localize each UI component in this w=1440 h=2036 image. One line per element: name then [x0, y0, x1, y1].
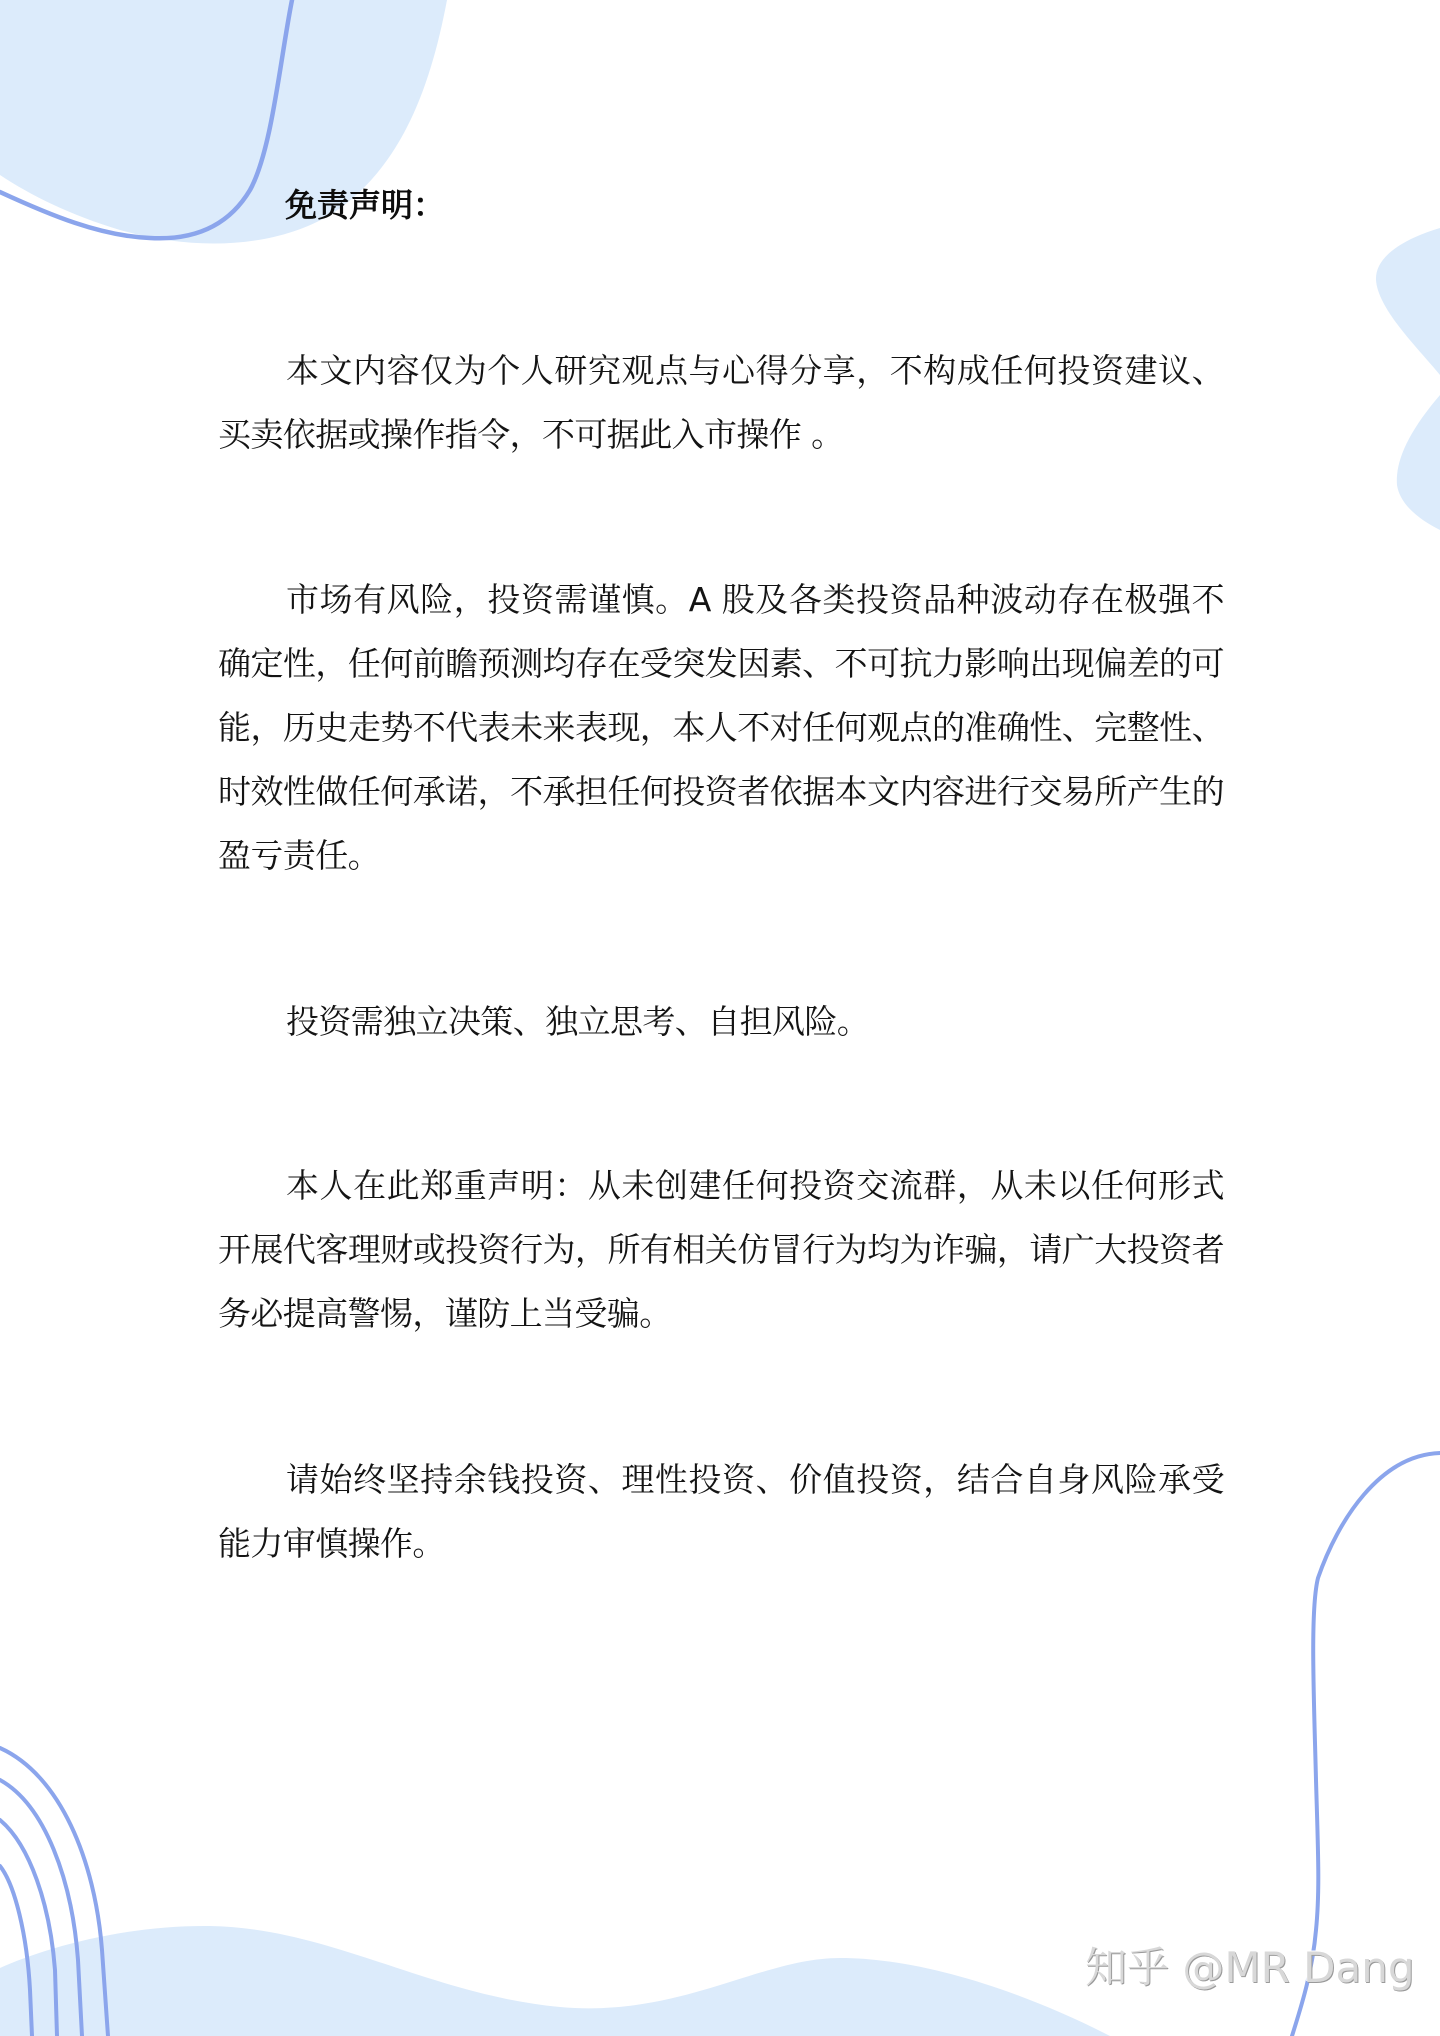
zhihu-watermark: 知乎 @MR Dang: [1085, 1940, 1414, 1996]
document-title: 免责声明：: [285, 183, 445, 227]
bottom-left-arcs: [0, 1748, 108, 2036]
bottom-wave-blob-shape: [0, 1926, 1110, 2036]
paragraph-anti-fraud-statement: 本人在此郑重声明：从未创建任何投资交流群，从未以任何形式开展代客理财或投资行为，…: [218, 1154, 1224, 1346]
paragraph-rational-investing: 请始终坚持余钱投资、理性投资、价值投资，结合自身风险承受能力审慎操作。: [218, 1448, 1224, 1576]
paragraph-independent-decision: 投资需独立决策、独立思考、自担风险。: [218, 990, 1224, 1054]
right-edge-blob-shape: [1376, 228, 1440, 530]
top-left-curve-line: [0, 0, 292, 238]
paragraph-market-risk: 市场有风险，投资需谨慎。A 股及各类投资品种波动存在极强不确定性，任何前瞻预测均…: [218, 568, 1224, 888]
paragraph-not-advice: 本文内容仅为个人研究观点与心得分享，不构成任何投资建议、买卖依据或操作指令，不可…: [218, 339, 1224, 467]
